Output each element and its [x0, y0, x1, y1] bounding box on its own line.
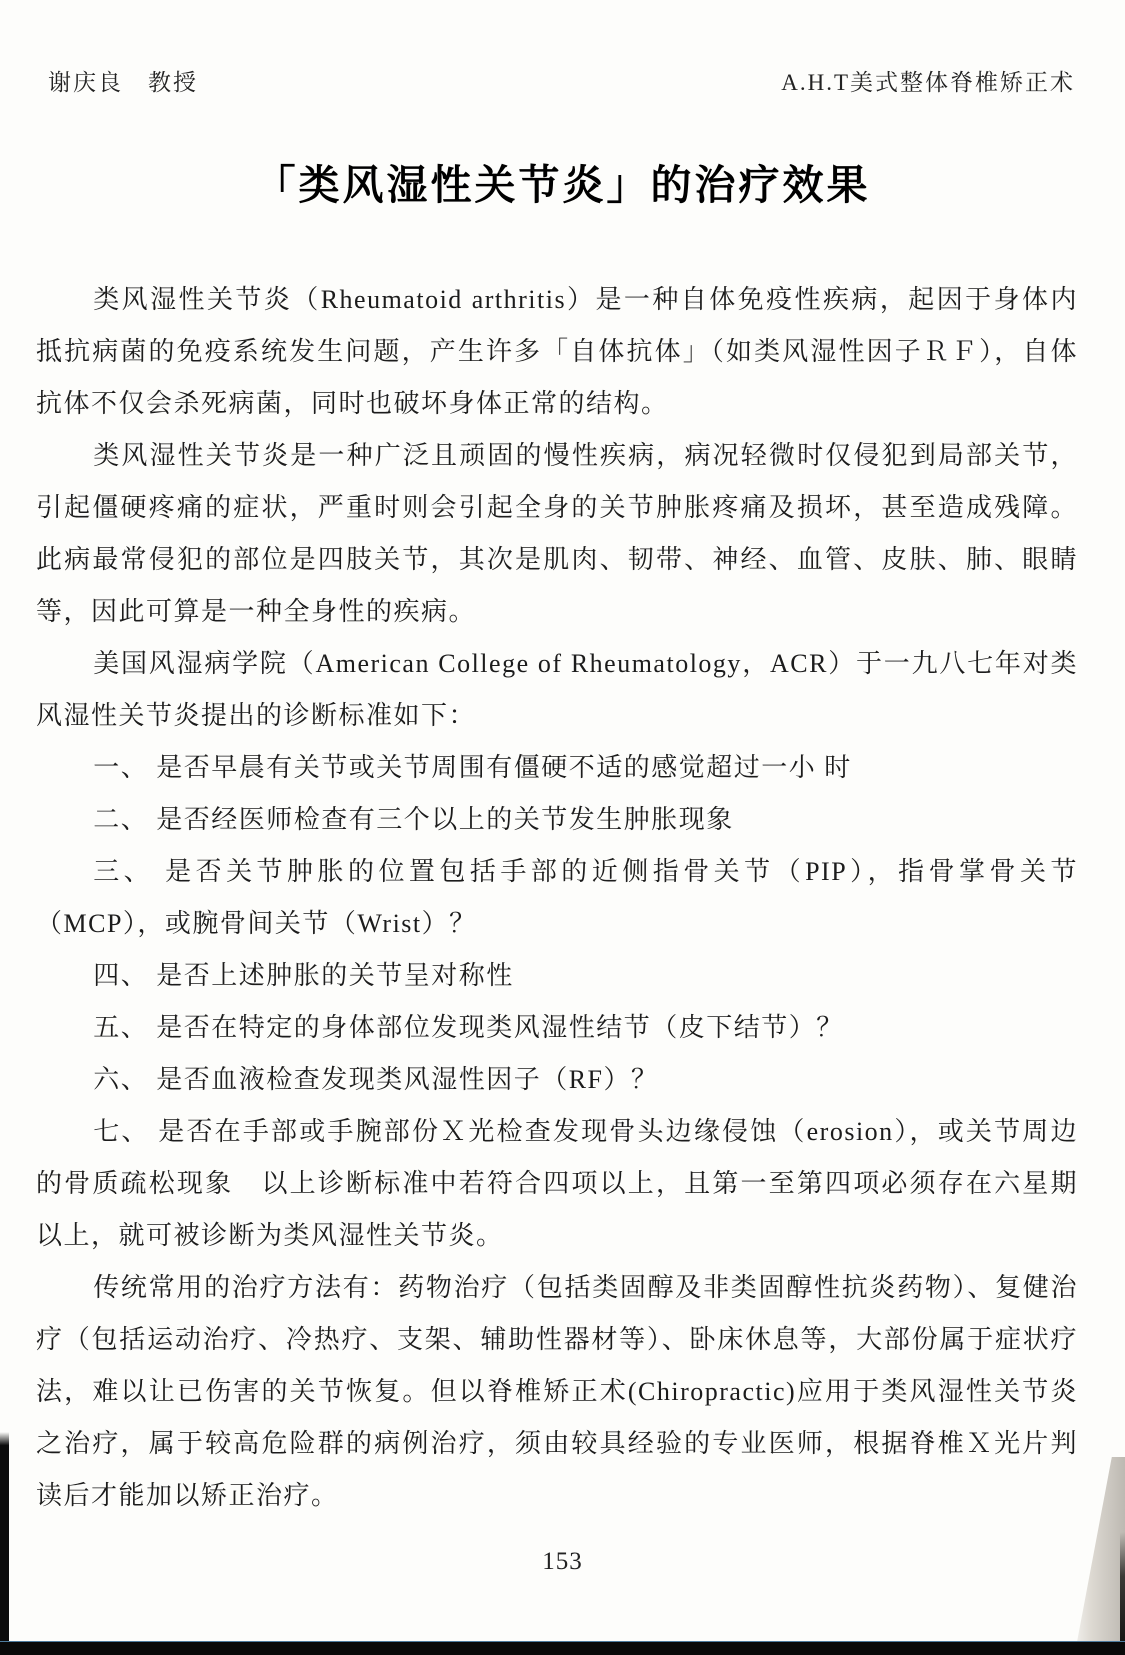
body-text: 类风湿性关节炎（Rheumatoid arthritis）是一种自体免疫性疾病，… — [0, 238, 1125, 1522]
scan-left-edge — [0, 1432, 9, 1655]
list-item-3: 三、 是否关节肿胀的位置包括手部的近侧指骨关节（PIP），指骨掌骨关节（MCP）… — [36, 846, 1078, 950]
paragraph-treatment: 传统常用的治疗方法有：药物治疗（包括类固醇及非类固醇性抗炎药物）、复健治疗（包括… — [36, 1262, 1078, 1522]
page-title: 「类风湿性关节炎」的治疗效果 — [0, 152, 1125, 211]
author-name: 谢庆良 教授 — [48, 64, 198, 97]
list-item-4: 四、 是否上述肿胀的关节呈对称性 — [36, 950, 1078, 1002]
list-item-6: 六、 是否血液检查发现类风湿性因子（RF）？ — [36, 1054, 1078, 1106]
paragraph-intro: 类风湿性关节炎（Rheumatoid arthritis）是一种自体免疫性疾病，… — [36, 274, 1078, 430]
page-header: 谢庆良 教授 A.H.T美式整体脊椎矫正术 — [0, 0, 1125, 97]
book-title: A.H.T美式整体脊椎矫正术 — [781, 64, 1075, 97]
scan-bottom-bar — [0, 1641, 1125, 1655]
paragraph-disease-description: 类风湿性关节炎是一种广泛且顽固的慢性疾病，病况轻微时仅侵犯到局部关节，引起僵硬疼… — [36, 430, 1078, 638]
scan-corner-dark-edge — [1120, 1532, 1125, 1642]
list-item-2: 二、 是否经医师检查有三个以上的关节发生肿胀现象 — [36, 794, 1078, 846]
list-item-1: 一、 是否早晨有关节或关节周围有僵硬不适的感觉超过一小 时 — [36, 742, 1078, 794]
scanned-book-page: 谢庆良 教授 A.H.T美式整体脊椎矫正术 「类风湿性关节炎」的治疗效果 类风湿… — [0, 0, 1125, 1655]
list-item-5: 五、 是否在特定的身体部位发现类风湿性结节（皮下结节）？ — [36, 1002, 1078, 1054]
list-item-7: 七、 是否在手部或手腕部份Ｘ光检查发现骨头边缘侵蚀（erosion），或关节周边… — [36, 1106, 1078, 1262]
page-number: 153 — [0, 1548, 1125, 1576]
paragraph-acr-criteria-intro: 美国风湿病学院（American College of Rheumatology… — [36, 638, 1078, 742]
